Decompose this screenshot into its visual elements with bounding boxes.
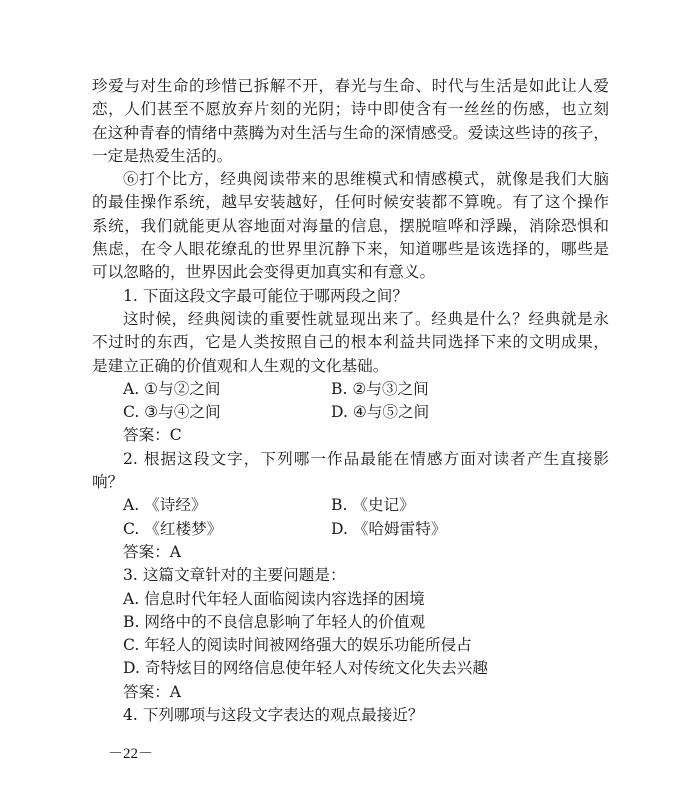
answer-text: 答案：A <box>92 541 609 564</box>
paragraph-5: 珍爱与对生命的珍惜已拆解不开，春光与生命、时代与生活是如此让人爱 恋，人们甚至不… <box>92 75 609 168</box>
text-line: 焦虑，在令人眼花缭乱的世界里沉静下来，知道哪些是该选择的，哪些是 <box>92 238 609 261</box>
question-stem: 2. 根据这段文字，下列哪一作品最能在情感方面对读者产生直接影 <box>92 448 609 471</box>
question-stem: 4. 下列哪项与这段文字表达的观点最接近？ <box>92 704 609 727</box>
quoted-passage-line: 这时候，经典阅读的重要性就显现出来了。经典是什么？经典就是永 <box>92 308 609 331</box>
quoted-passage-line: 是建立正确的价值观和人生观的文化基础。 <box>92 355 609 378</box>
question-stem: 3. 这篇文章针对的主要问题是： <box>92 564 609 587</box>
option-d: D. ④与⑤之间 <box>331 401 539 424</box>
text-line: 一定是热爱生活的。 <box>92 145 609 168</box>
option-d: D. 《哈姆雷特》 <box>331 518 539 541</box>
text-line: 珍爱与对生命的珍惜已拆解不开，春光与生命、时代与生活是如此让人爱 <box>92 75 609 98</box>
question-4: 4. 下列哪项与这段文字表达的观点最接近？ <box>92 704 609 727</box>
option-b: B. 网络中的不良信息影响了年轻人的价值观 <box>92 611 609 634</box>
page-number: －22－ <box>108 742 153 763</box>
option-row: C. 《红楼梦》 D. 《哈姆雷特》 <box>92 518 609 541</box>
question-stem: 响？ <box>92 471 609 494</box>
option-a: A. 信息时代年轻人面临阅读内容选择的困境 <box>92 588 609 611</box>
question-1: 1. 下面这段文字最可能位于哪两段之间？ 这时候，经典阅读的重要性就显现出来了。… <box>92 285 609 448</box>
answer-text: 答案：A <box>92 681 609 704</box>
question-2: 2. 根据这段文字，下列哪一作品最能在情感方面对读者产生直接影 响？ A. 《诗… <box>92 448 609 564</box>
paragraph-6: ⑥打个比方，经典阅读带来的思维模式和情感模式，就像是我们大脑 的最佳操作系统，越… <box>92 168 609 284</box>
question-stem: 1. 下面这段文字最可能位于哪两段之间？ <box>92 285 609 308</box>
option-b: B. ②与③之间 <box>331 378 539 401</box>
text-line: 的最佳操作系统，越早安装越好，任何时候安装都不算晚。有了这个操作 <box>92 191 609 214</box>
answer-text: 答案：C <box>92 424 609 447</box>
question-3: 3. 这篇文章针对的主要问题是： A. 信息时代年轻人面临阅读内容选择的困境 B… <box>92 564 609 704</box>
option-a: A. 《诗经》 <box>123 494 331 517</box>
text-line: 在这种青春的情绪中蒸腾为对生活与生命的深情感受。爱读这些诗的孩子， <box>92 122 609 145</box>
text-line: 恋，人们甚至不愿放弃片刻的光阴；诗中即使含有一丝丝的伤感，也立刻 <box>92 98 609 121</box>
quoted-passage-line: 不过时的东西，它是人类按照自己的根本利益共同选择下来的文明成果， <box>92 331 609 354</box>
text-line: ⑥打个比方，经典阅读带来的思维模式和情感模式，就像是我们大脑 <box>92 168 609 191</box>
option-row: C. ③与④之间 D. ④与⑤之间 <box>92 401 609 424</box>
option-d: D. 奇特炫目的网络信息使年轻人对传统文化失去兴趣 <box>92 657 609 680</box>
option-row: A. 《诗经》 B. 《史记》 <box>92 494 609 517</box>
text-line: 可以忽略的，世界因此会变得更加真实和有意义。 <box>92 261 609 284</box>
option-c: C. ③与④之间 <box>123 401 331 424</box>
option-b: B. 《史记》 <box>331 494 539 517</box>
option-a: A. ①与②之间 <box>123 378 331 401</box>
option-c: C. 年轻人的阅读时间被网络强大的娱乐功能所侵占 <box>92 634 609 657</box>
option-c: C. 《红楼梦》 <box>123 518 331 541</box>
document-page: 珍爱与对生命的珍惜已拆解不开，春光与生命、时代与生活是如此让人爱 恋，人们甚至不… <box>92 75 609 727</box>
option-row: A. ①与②之间 B. ②与③之间 <box>92 378 609 401</box>
text-line: 系统，我们就能更从容地面对海量的信息，摆脱喧哗和浮躁，消除恐惧和 <box>92 215 609 238</box>
